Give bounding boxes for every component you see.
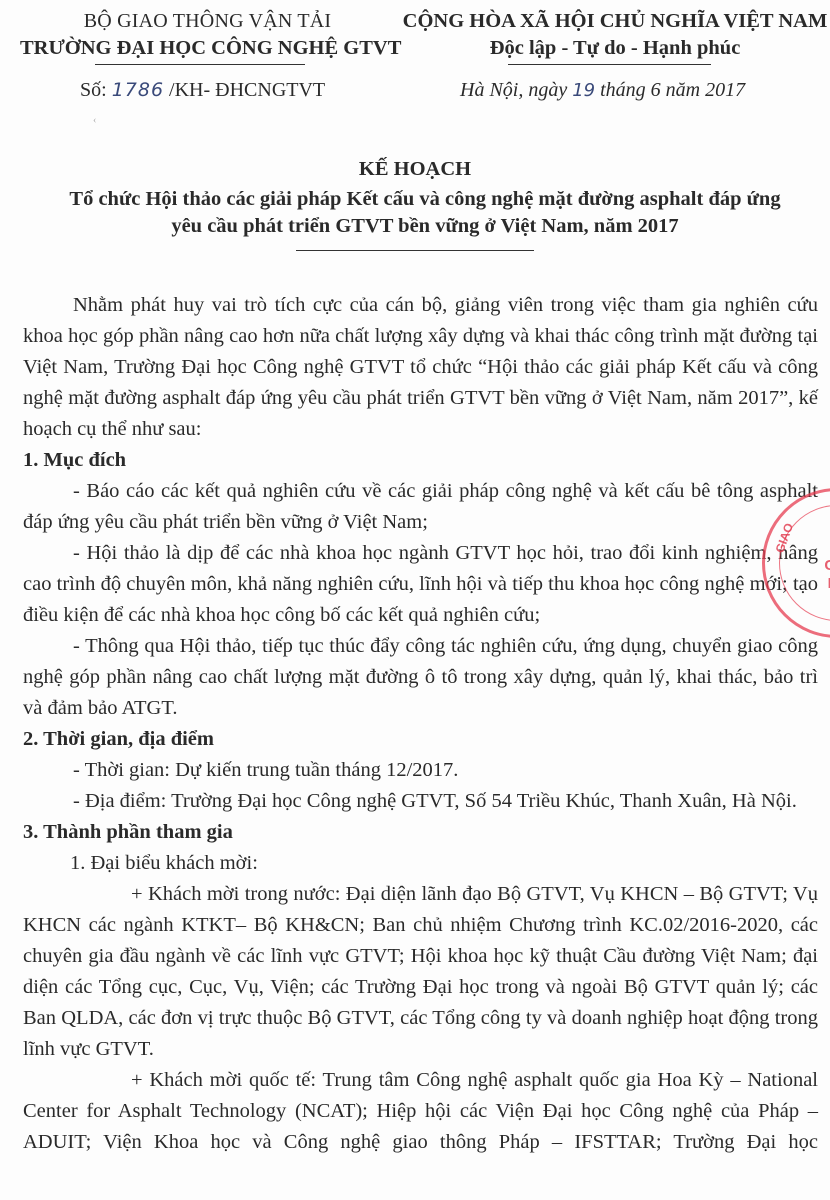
doc-number-handwritten: 1786	[112, 79, 164, 101]
ministry-name: BỘ GIAO THÔNG VẬN TẢI	[20, 8, 395, 34]
issuer-underline	[95, 64, 305, 65]
document-date: Hà Nội, ngày 19 tháng 6 năm 2017	[460, 79, 745, 102]
document-number: Số: 1786 /KH- ĐHCNGTVT	[80, 79, 325, 102]
doc-number-prefix: Số:	[80, 79, 112, 101]
date-day-handwritten: 19	[572, 80, 595, 101]
intro-paragraph: Nhằm phát huy vai trò tích cực của cán b…	[23, 290, 818, 445]
title-underline	[296, 250, 534, 251]
issuer-block: BỘ GIAO THÔNG VẬN TẢI TRƯỜNG ĐẠI HỌC CÔN…	[20, 8, 395, 62]
national-header: CỘNG HÒA XÃ HỘI CHỦ NGHĨA VIỆT NAM Độc l…	[400, 8, 830, 62]
purpose-item: - Hội thảo là dịp để các nhà khoa học ng…	[23, 538, 818, 631]
section-heading-participants: 3. Thành phần tham gia	[23, 817, 818, 848]
doc-number-suffix: /KH- ĐHCNGTVT	[164, 79, 325, 101]
section-heading-time-place: 2. Thời gian, địa điểm	[23, 724, 818, 755]
national-motto: Độc lập - Tự do - Hạnh phúc	[400, 34, 830, 62]
document-subtitle: Tổ chức Hội thảo các giải pháp Kết cấu v…	[20, 186, 830, 240]
date-prefix: Hà Nội, ngày	[460, 79, 572, 101]
purpose-item: - Báo cáo các kết quả nghiên cứu về các …	[23, 476, 818, 538]
document-title: KẾ HOẠCH	[0, 156, 830, 182]
scan-mark: ‹	[93, 115, 96, 126]
place-item: - Địa điểm: Trường Đại học Công nghệ GTV…	[23, 786, 818, 817]
country-name: CỘNG HÒA XÃ HỘI CHỦ NGHĨA VIỆT NAM	[400, 8, 830, 34]
date-suffix: tháng 6 năm 2017	[595, 79, 745, 101]
section-heading-purpose: 1. Mục đích	[23, 445, 818, 476]
international-guests: + Khách mời quốc tế: Trung tâm Công nghệ…	[23, 1065, 818, 1158]
domestic-guests: + Khách mời trong nước: Đại diện lãnh đạ…	[23, 879, 818, 1065]
time-item: - Thời gian: Dự kiến trung tuần tháng 12…	[23, 755, 818, 786]
purpose-item: - Thông qua Hội thảo, tiếp tục thúc đẩy …	[23, 631, 818, 724]
guests-subheading: 1. Đại biểu khách mời:	[23, 848, 818, 879]
motto-underline	[508, 64, 711, 65]
school-name: TRƯỜNG ĐẠI HỌC CÔNG NGHỆ GTVT	[20, 34, 395, 62]
document-page: BỘ GIAO THÔNG VẬN TẢI TRƯỜNG ĐẠI HỌC CÔN…	[0, 0, 830, 1200]
subtitle-line-2: yêu cầu phát triển GTVT bền vững ở Việt …	[20, 213, 830, 240]
subtitle-line-1: Tổ chức Hội thảo các giải pháp Kết cấu v…	[20, 186, 830, 213]
document-body: Nhằm phát huy vai trò tích cực của cán b…	[23, 290, 818, 1158]
